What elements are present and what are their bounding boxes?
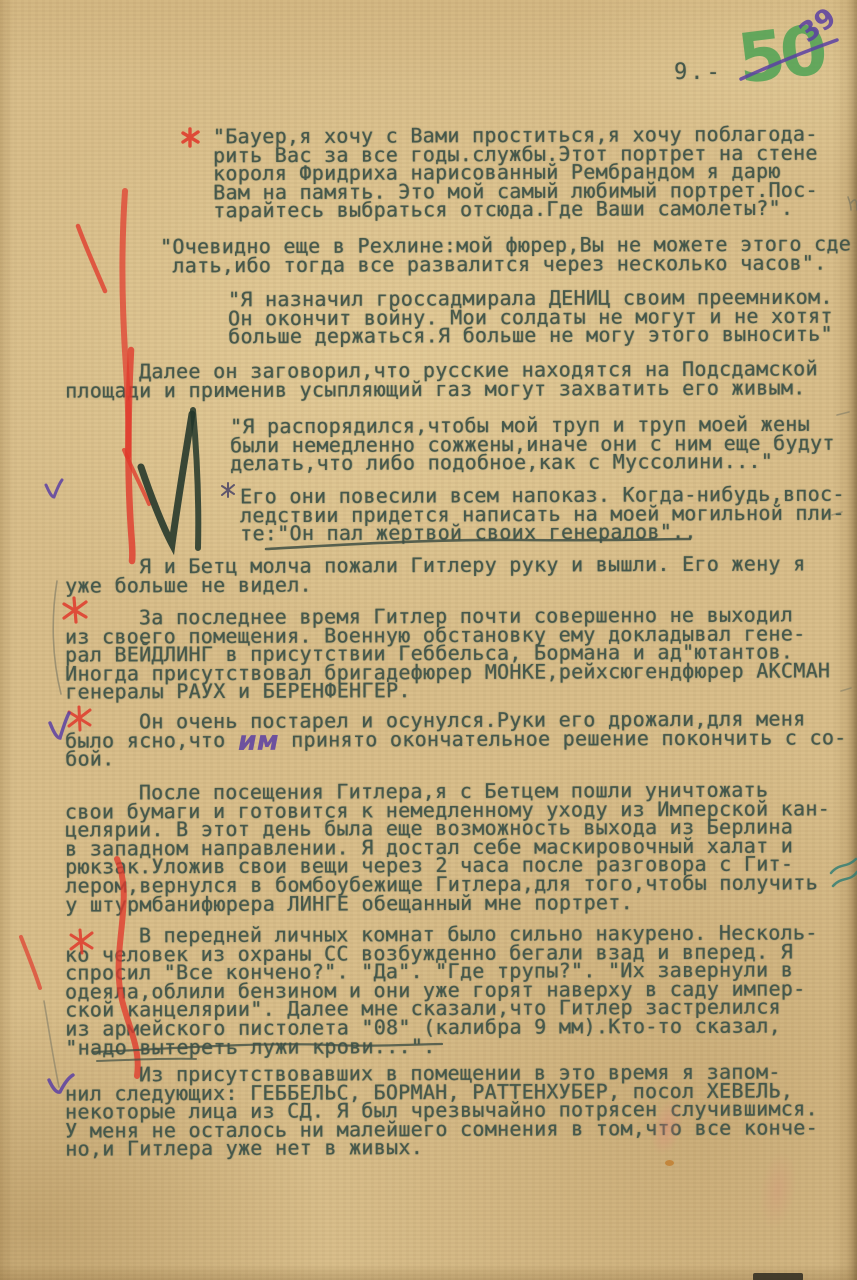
typed-line: больше держаться.Я больше не могу этого … xyxy=(228,325,833,346)
paragraph-2: "Очевидно еще в Рехлине:мой фюрер,Вы не … xyxy=(160,234,851,274)
typed-line: у штурмбанифюрера ЛИНГЕ обещанный мне по… xyxy=(65,892,830,914)
paragraph-4: Далее он заговорил,что русские находятся… xyxy=(65,359,818,399)
typed-line: площади и применив усыпляющий газ могут … xyxy=(65,378,818,400)
bottom-edge-mark xyxy=(753,1273,803,1280)
pencil-dash-3 xyxy=(841,688,851,691)
pencil-arc-left xyxy=(53,581,61,694)
typed-line: было ясно,что им принято окончательное р… xyxy=(65,728,847,750)
handwritten-word-violet: им xyxy=(238,725,279,756)
teal-scribble xyxy=(831,859,857,886)
red-stroke-far-left xyxy=(21,937,40,988)
scanned-page: "Бауер,я хочу с Вами проститься,я хочу п… xyxy=(0,0,857,1280)
paragraph-11: В передней личных комнат было сильно нак… xyxy=(65,923,818,1056)
typed-line: делать,что либо подобное,как с Муссолини… xyxy=(230,452,835,473)
ink-asterisk-paragraph6 xyxy=(222,483,234,497)
paragraph-10: После посещения Гитлера,я с Бетцем пошли… xyxy=(65,780,831,913)
dark-vertical-stroke xyxy=(193,410,198,548)
pink-smudge-faint xyxy=(755,1148,802,1232)
paragraph-12: Из присутствовавших в помещении в это вр… xyxy=(65,1062,818,1158)
paragraph-6: Его они повесили всем напоказ. Когда-ниб… xyxy=(240,485,845,543)
red-vertical-line-upper xyxy=(122,191,128,456)
pencil-dash-1 xyxy=(837,412,849,415)
red-asterisk-paragraph1 xyxy=(183,129,198,146)
paragraph-3: "Я назначил гроссадмирала ДЕНИЦ своим пр… xyxy=(228,288,833,346)
paragraph-5: "Я распорядился,чтобы мой труп и труп мо… xyxy=(230,415,835,473)
paragraph-1: "Бауер,я хочу с Вами проститься,я хочу п… xyxy=(213,125,818,221)
paragraph-8: За последнее время Гитлер почти совершен… xyxy=(65,605,831,701)
purple-check-1 xyxy=(46,480,62,497)
typed-line: лать,ибо тогда все развалится через неск… xyxy=(160,253,851,275)
dark-checkmark xyxy=(141,414,192,544)
page-number-typed: 9.- xyxy=(674,60,723,85)
paragraph-9: Он очень постарел и осунулся.Руки его др… xyxy=(65,709,847,768)
red-stroke-short-top xyxy=(78,226,105,291)
paragraph-7: Я и Бетц молча пожали Гитлеру руку и выш… xyxy=(65,554,806,594)
pencil-line-left-bottom xyxy=(44,1001,59,1087)
typed-line: тарайтесь выбраться отсюда.Где Ваши само… xyxy=(213,199,818,220)
pencil-m-mark-right xyxy=(848,197,857,210)
red-stroke-beside-check xyxy=(124,450,149,504)
orange-speck xyxy=(665,1160,674,1166)
